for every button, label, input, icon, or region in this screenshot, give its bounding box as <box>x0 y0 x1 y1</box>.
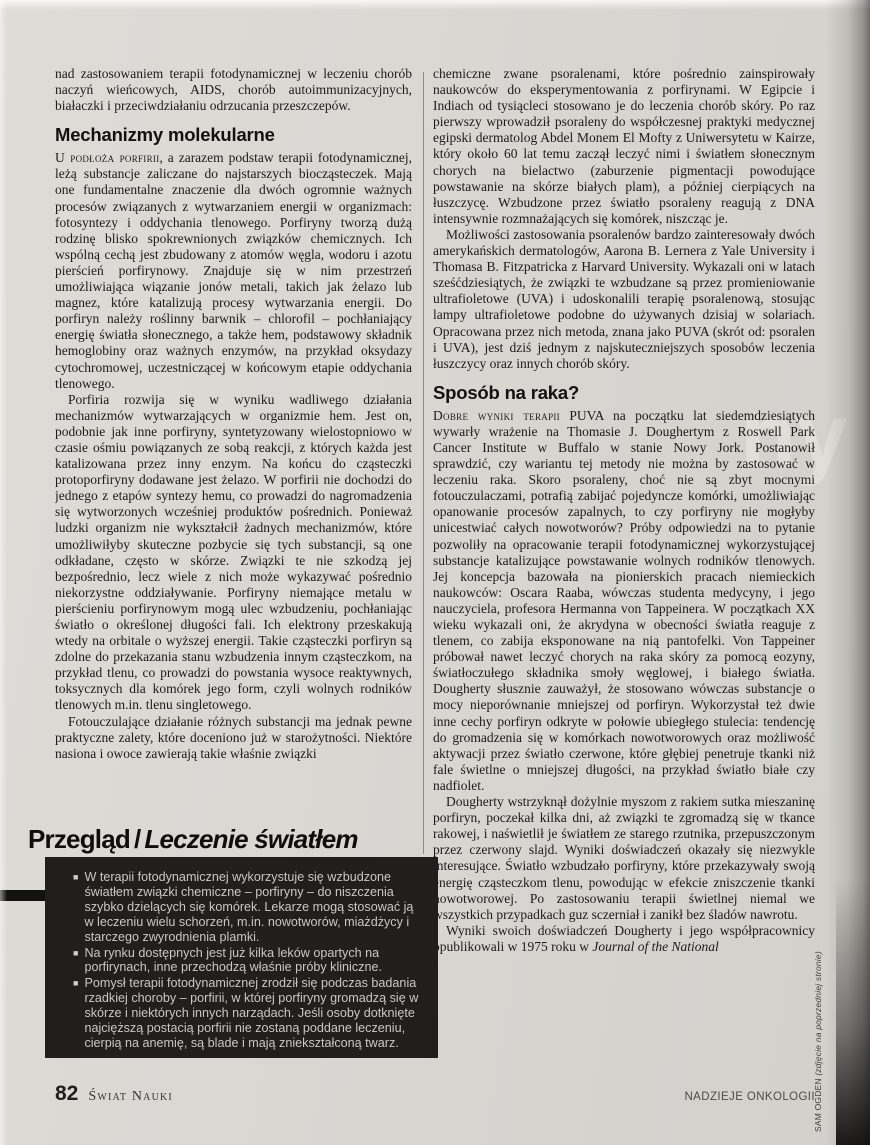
paragraph: Dougherty wstrzyknął dożylnie myszom z r… <box>433 794 815 923</box>
overview-bullet-list: ■ W terapii fotodynamicznej wykorzystuje… <box>73 870 424 1051</box>
right-column: chemiczne zwane psoralenami, które pośre… <box>433 66 815 1068</box>
bullet-square-icon: ■ <box>73 870 78 885</box>
paragraph: U podłoża porfirii, a zarazem podstaw te… <box>55 150 412 391</box>
paragraph-text: , a zarazem podstaw terapii fotodynamicz… <box>55 150 412 390</box>
page-edge-shadow-right <box>826 0 870 1145</box>
bullet-square-icon: ■ <box>73 946 78 961</box>
left-column: nad zastosowaniem terapii fotodynamiczne… <box>55 66 412 828</box>
page-edge-highlight-top <box>0 0 870 10</box>
page-corner-shadow <box>836 880 870 1145</box>
photo-credit-note: (zdjęcie na poprzedniej stronie) <box>813 951 823 1076</box>
bullet-text: Pomysł terapii fotodynamicznej zrodził s… <box>84 976 424 1051</box>
overview-title-separator: / <box>130 824 144 854</box>
paragraph: Porfiria rozwija się w wyniku wadliwego … <box>55 392 412 714</box>
photo-credit: SAM OGDEN (zdjęcie na poprzedniej stroni… <box>813 926 826 1132</box>
paragraph-text: PUVA na początku lat siedemdziesiątych w… <box>433 408 815 793</box>
bullet-text: Na rynku dostępnych jest już kilka leków… <box>84 946 424 976</box>
footer-section-title: NADZIEJE ONKOLOGII <box>433 1091 815 1103</box>
photo-credit-name: SAM OGDEN <box>813 1078 823 1132</box>
section-heading-cancer-method: Sposób na raka? <box>433 383 815 403</box>
journal-title-italic: Journal of the National <box>592 939 718 954</box>
bullet-square-icon: ■ <box>73 976 78 991</box>
page-edge-highlight-left <box>0 0 7 1145</box>
magazine-name: Świat Nauki <box>88 1089 173 1104</box>
list-item: ■ W terapii fotodynamicznej wykorzystuje… <box>73 870 424 945</box>
bullet-text: W terapii fotodynamicznej wykorzystuje s… <box>84 870 424 945</box>
overview-edge-tab <box>0 890 46 901</box>
small-caps-lead: Dobre wyniki terapii <box>433 408 560 423</box>
overview-box: ■ W terapii fotodynamicznej wykorzystuje… <box>45 857 438 1058</box>
column-divider <box>423 72 424 854</box>
paragraph: chemiczne zwane psoralenami, które pośre… <box>433 66 815 227</box>
list-item: ■ Na rynku dostępnych jest już kilka lek… <box>73 946 424 976</box>
overview-title-prefix: Przegląd <box>28 824 130 854</box>
paragraph: Możliwości zastosowania psoralenów bardz… <box>433 227 815 372</box>
list-item: ■ Pomysł terapii fotodynamicznej zrodził… <box>73 976 424 1051</box>
small-caps-lead: U podłoża porfirii <box>55 150 160 165</box>
paragraph: Wyniki swoich doświadczeń Dougherty i je… <box>433 923 815 955</box>
footer-left: 82Świat Nauki <box>55 1082 173 1106</box>
paragraph: Dobre wyniki terapii PUVA na początku la… <box>433 408 815 794</box>
magazine-page: ny nad zastosowaniem terapii fotodynamic… <box>0 0 870 1145</box>
overview-title-italic: Leczenie światłem <box>144 824 357 854</box>
paragraph: Fotouczulające działanie różnych substan… <box>55 714 412 762</box>
intro-paragraph: nad zastosowaniem terapii fotodynamiczne… <box>55 66 412 114</box>
page-number: 82 <box>55 1082 78 1105</box>
overview-title: Przegląd/Leczenie światłem <box>28 822 358 856</box>
section-heading-molecular-mechanisms: Mechanizmy molekularne <box>55 125 412 145</box>
